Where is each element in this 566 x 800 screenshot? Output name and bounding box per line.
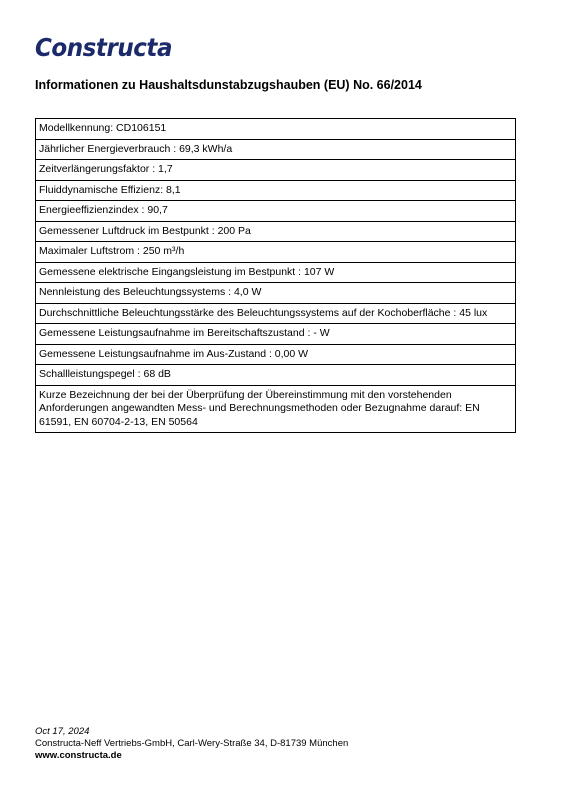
brand-logo: Constructa — [35, 33, 172, 62]
spec-row-lighting-power: Nennleistung des Beleuchtungssystems : 4… — [36, 283, 515, 304]
spec-row-time-factor: Zeitverlängerungsfaktor : 1,7 — [36, 160, 515, 181]
spec-row-air-pressure: Gemessener Luftdruck im Bestpunkt : 200 … — [36, 222, 515, 243]
spec-row-methods: Kurze Bezeichnung der bei der Überprüfun… — [36, 386, 515, 434]
footer: Oct 17, 2024 Constructa-Neff Vertriebs-G… — [35, 726, 348, 762]
specs-table: Modellkennung: CD106151 Jährlicher Energ… — [35, 118, 516, 433]
footer-address: Constructa-Neff Vertriebs-GmbH, Carl-Wer… — [35, 738, 348, 750]
spec-row-standby-power: Gemessene Leistungsaufnahme im Bereitsch… — [36, 324, 515, 345]
footer-website-link[interactable]: www.constructa.de — [35, 750, 348, 762]
spec-row-off-power: Gemessene Leistungsaufnahme im Aus-Zusta… — [36, 345, 515, 366]
spec-row-model: Modellkennung: CD106151 — [36, 119, 515, 140]
document-title: Informationen zu Haushaltsdunstabzugshau… — [35, 78, 422, 92]
spec-row-fluid-efficiency: Fluiddynamische Effizienz: 8,1 — [36, 181, 515, 202]
spec-row-illuminance: Durchschnittliche Beleuchtungsstärke des… — [36, 304, 515, 325]
spec-row-input-power: Gemessene elektrische Eingangsleistung i… — [36, 263, 515, 284]
spec-row-sound-power: Schallleistungspegel : 68 dB — [36, 365, 515, 386]
spec-row-energy-index: Energieeffizienzindex : 90,7 — [36, 201, 515, 222]
footer-date: Oct 17, 2024 — [35, 726, 348, 738]
spec-row-max-airflow: Maximaler Luftstrom : 250 m³/h — [36, 242, 515, 263]
spec-row-energy-consumption: Jährlicher Energieverbrauch : 69,3 kWh/a — [36, 140, 515, 161]
